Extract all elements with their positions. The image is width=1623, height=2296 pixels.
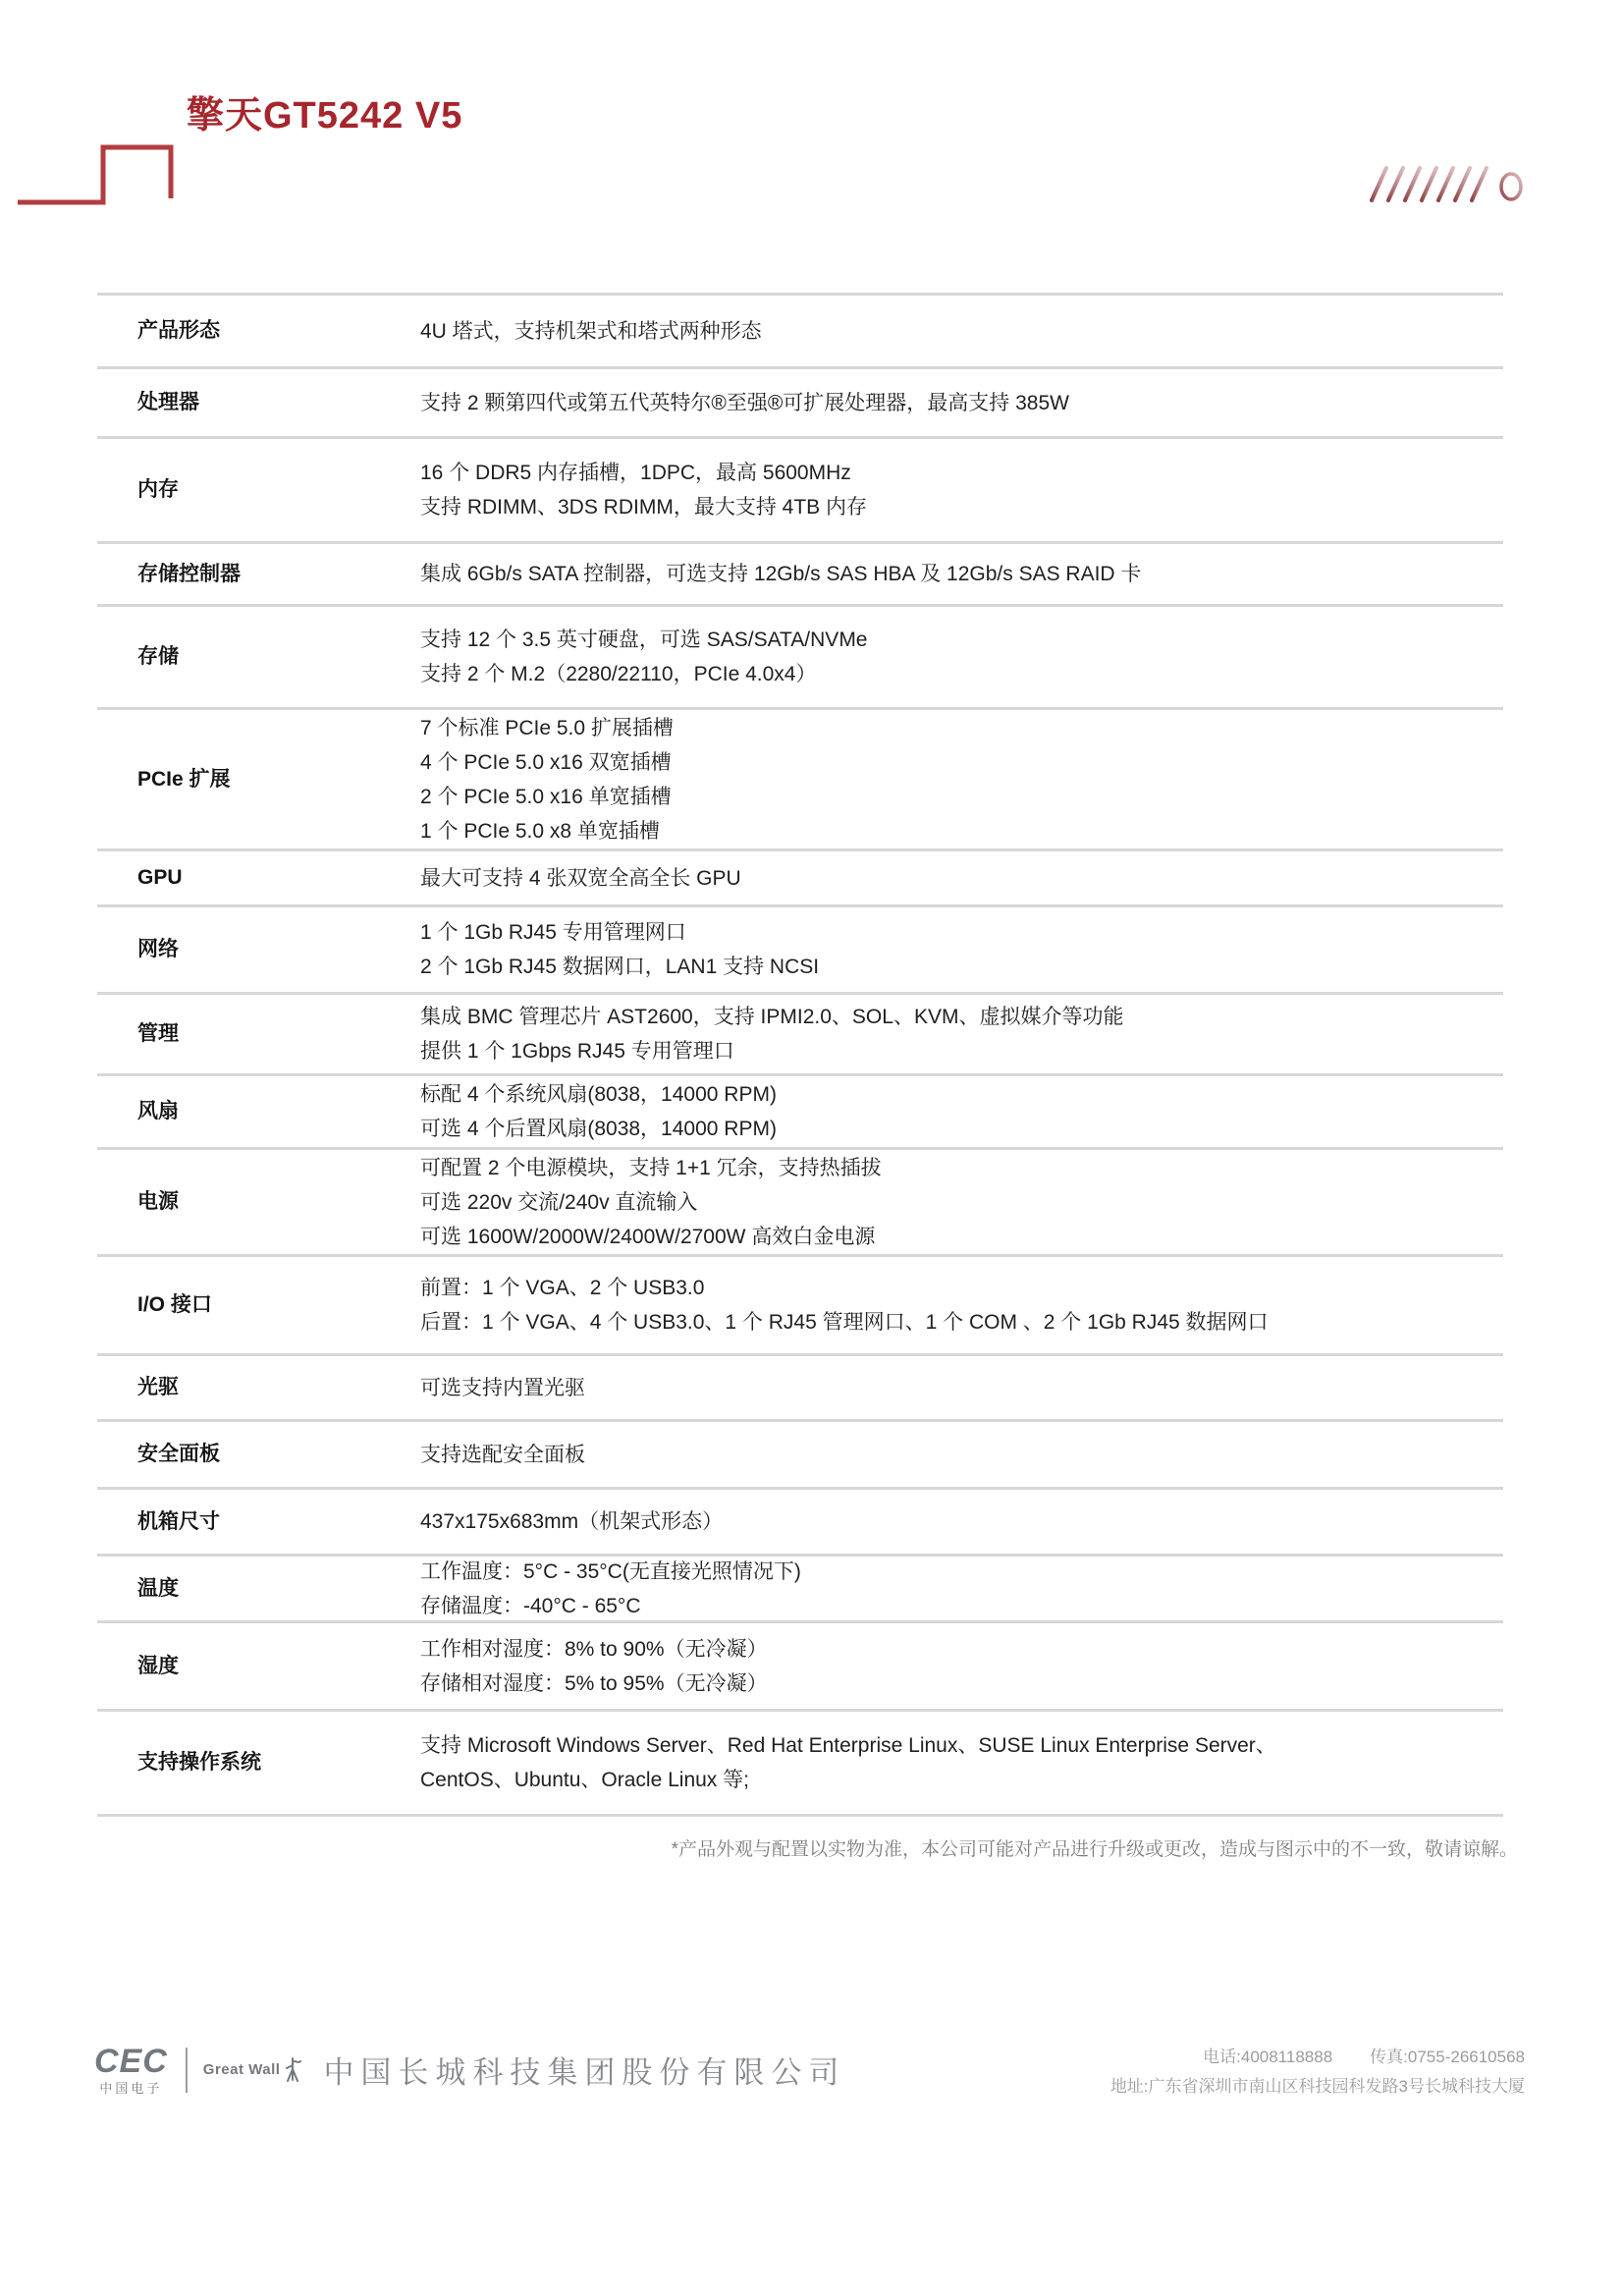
spec-value-line: 支持 Microsoft Windows Server、Red Hat Ente… bbox=[420, 1728, 1480, 1763]
spec-value-line: 工作温度：5°C - 35°C(无直接光照情况下) bbox=[420, 1555, 1480, 1589]
spec-value-line: 2 个 1Gb RJ45 数据网口，LAN1 支持 NCSI bbox=[420, 950, 1480, 984]
spec-label: 存储 bbox=[97, 642, 420, 672]
spec-value: 7 个标准 PCIe 5.0 扩展插槽4 个 PCIe 5.0 x16 双宽插槽… bbox=[420, 711, 1503, 848]
spec-value: 支持 12 个 3.5 英寸硬盘，可选 SAS/SATA/NVMe支持 2 个 … bbox=[420, 623, 1503, 691]
spec-value: 集成 6Gb/s SATA 控制器，可选支持 12Gb/s SAS HBA 及 … bbox=[420, 557, 1503, 591]
fax-number: 传真:0755-26610568 bbox=[1370, 2048, 1525, 2066]
spec-value: 4U 塔式，支持机架式和塔式两种形态 bbox=[420, 314, 1503, 349]
cec-logo-text: CEC bbox=[94, 2045, 168, 2078]
spec-row: 存储支持 12 个 3.5 英寸硬盘，可选 SAS/SATA/NVMe支持 2 … bbox=[97, 604, 1503, 707]
spec-value-line: 最大可支持 4 张双宽全高全长 GPU bbox=[420, 861, 1480, 896]
spec-value-line: 支持 12 个 3.5 英寸硬盘，可选 SAS/SATA/NVMe bbox=[420, 623, 1480, 657]
spec-row: 网络1 个 1Gb RJ45 专用管理网口2 个 1Gb RJ45 数据网口，L… bbox=[97, 904, 1503, 992]
spec-label: 机箱尺寸 bbox=[97, 1507, 420, 1537]
spec-value: 工作相对湿度：8% to 90%（无冷凝）存储相对湿度：5% to 95%（无冷… bbox=[420, 1632, 1503, 1701]
spec-value-line: 集成 6Gb/s SATA 控制器，可选支持 12Gb/s SAS HBA 及 … bbox=[420, 557, 1480, 591]
spec-value-line: 支持 RDIMM、3DS RDIMM，最大支持 4TB 内存 bbox=[420, 490, 1480, 524]
spec-value-line: 后置：1 个 VGA、4 个 USB3.0、1 个 RJ45 管理网口、1 个 … bbox=[420, 1305, 1480, 1339]
brand-divider bbox=[186, 2048, 188, 2093]
spec-value-line: 集成 BMC 管理芯片 AST2600，支持 IPMI2.0、SOL、KVM、虚… bbox=[420, 1000, 1480, 1034]
spec-value-line: 提供 1 个 1Gbps RJ45 专用管理口 bbox=[420, 1034, 1480, 1068]
spec-value-line: 可选 4 个后置风扇(8038，14000 RPM) bbox=[420, 1112, 1480, 1146]
spec-row: GPU最大可支持 4 张双宽全高全长 GPU bbox=[97, 848, 1503, 904]
spec-value-line: 标配 4 个系统风扇(8038，14000 RPM) bbox=[420, 1077, 1480, 1112]
spec-value: 可选支持内置光驱 bbox=[420, 1371, 1503, 1405]
spec-row: 内存16 个 DDR5 内存插槽，1DPC，最高 5600MHz支持 RDIMM… bbox=[97, 436, 1503, 541]
spec-row: 支持操作系统支持 Microsoft Windows Server、Red Ha… bbox=[97, 1709, 1503, 1817]
spec-label: GPU bbox=[97, 863, 420, 893]
spec-value-line: 支持 2 颗第四代或第五代英特尔®至强®可扩展处理器，最高支持 385W bbox=[420, 386, 1480, 420]
contact-info: 电话:4008118888传真:0755-26610568 地址:广东省深圳市南… bbox=[1110, 2043, 1525, 2102]
spec-table: 产品形态4U 塔式，支持机架式和塔式两种形态处理器支持 2 颗第四代或第五代英特… bbox=[97, 293, 1503, 1817]
spec-value: 437x175x683mm（机架式形态） bbox=[420, 1504, 1503, 1539]
spec-row: 管理集成 BMC 管理芯片 AST2600，支持 IPMI2.0、SOL、KVM… bbox=[97, 992, 1503, 1073]
spec-value-line: 7 个标准 PCIe 5.0 扩展插槽 bbox=[420, 711, 1480, 745]
cec-logo: CEC 中国电子 bbox=[94, 2045, 168, 2095]
spec-value-line: 437x175x683mm（机架式形态） bbox=[420, 1504, 1480, 1539]
spec-label: 湿度 bbox=[97, 1652, 420, 1681]
spec-label: 管理 bbox=[97, 1019, 420, 1049]
spec-value-line: 可配置 2 个电源模块，支持 1+1 冗余，支持热插拔 bbox=[420, 1151, 1480, 1185]
spec-label: 内存 bbox=[97, 475, 420, 505]
spec-row: 电源可配置 2 个电源模块，支持 1+1 冗余，支持热插拔可选 220v 交流/… bbox=[97, 1147, 1503, 1254]
spec-label: PCIe 扩展 bbox=[97, 765, 420, 794]
spec-row: 处理器支持 2 颗第四代或第五代英特尔®至强®可扩展处理器，最高支持 385W bbox=[97, 366, 1503, 436]
company-name: 中国长城科技集团股份有限公司 bbox=[323, 2048, 845, 2092]
spec-value: 最大可支持 4 张双宽全高全长 GPU bbox=[420, 861, 1503, 896]
address-line: 地址:广东省深圳市南山区科技园科发路3号长城科技大厦 bbox=[1110, 2072, 1525, 2102]
header-slashes-icon bbox=[1372, 168, 1521, 200]
spec-value: 集成 BMC 管理芯片 AST2600，支持 IPMI2.0、SOL、KVM、虚… bbox=[420, 1000, 1503, 1068]
spec-value-line: 工作相对湿度：8% to 90%（无冷凝） bbox=[420, 1632, 1480, 1667]
header-circle-icon bbox=[1501, 174, 1521, 199]
spec-value-line: 1 个 PCIe 5.0 x8 单宽插槽 bbox=[420, 814, 1480, 848]
spec-value: 支持 2 颗第四代或第五代英特尔®至强®可扩展处理器，最高支持 385W bbox=[420, 386, 1503, 420]
spec-value-line: CentOS、Ubuntu、Oracle Linux 等; bbox=[420, 1763, 1480, 1797]
spec-value-line: 4 个 PCIe 5.0 x16 双宽插槽 bbox=[420, 745, 1480, 780]
greatwall-logo: Great Wall bbox=[203, 2056, 302, 2084]
spec-value: 可配置 2 个电源模块，支持 1+1 冗余，支持热插拔可选 220v 交流/24… bbox=[420, 1151, 1503, 1254]
spec-label: 风扇 bbox=[97, 1097, 420, 1126]
footer-brand: CEC 中国电子 Great Wall 中国长城科技集团股份有限公司 bbox=[94, 2045, 845, 2095]
spec-value-line: 可选支持内置光驱 bbox=[420, 1371, 1480, 1405]
datasheet-page: 擎天GT5242 V5 产品形态4U 塔式，支持机架式和塔式两种形态处理器支持 … bbox=[0, 0, 1623, 2296]
spec-value: 工作温度：5°C - 35°C(无直接光照情况下)存储温度：-40°C - 65… bbox=[420, 1555, 1503, 1623]
spec-value-line: 前置：1 个 VGA、2 个 USB3.0 bbox=[420, 1271, 1480, 1305]
greatwall-mascot-icon bbox=[285, 2056, 301, 2084]
spec-value-line: 支持 2 个 M.2（2280/22110，PCIe 4.0x4） bbox=[420, 657, 1480, 691]
spec-row: 产品形态4U 塔式，支持机架式和塔式两种形态 bbox=[97, 293, 1503, 366]
spec-value-line: 1 个 1Gb RJ45 专用管理网口 bbox=[420, 915, 1480, 950]
contact-phone-fax-line: 电话:4008118888传真:0755-26610568 bbox=[1110, 2043, 1525, 2072]
spec-label: 存储控制器 bbox=[97, 560, 420, 589]
spec-value: 标配 4 个系统风扇(8038，14000 RPM)可选 4 个后置风扇(803… bbox=[420, 1077, 1503, 1146]
spec-row: 光驱可选支持内置光驱 bbox=[97, 1353, 1503, 1419]
spec-value: 支持选配安全面板 bbox=[420, 1438, 1503, 1472]
spec-value-line: 16 个 DDR5 内存插槽，1DPC，最高 5600MHz bbox=[420, 456, 1480, 490]
spec-label: 网络 bbox=[97, 935, 420, 964]
spec-label: 产品形态 bbox=[97, 316, 420, 346]
page-title: 擎天GT5242 V5 bbox=[187, 84, 462, 138]
spec-value-line: 2 个 PCIe 5.0 x16 单宽插槽 bbox=[420, 780, 1480, 814]
header-pulse-line-icon bbox=[18, 147, 1473, 202]
spec-label: 安全面板 bbox=[97, 1440, 420, 1469]
spec-row: 温度工作温度：5°C - 35°C(无直接光照情况下)存储温度：-40°C - … bbox=[97, 1554, 1503, 1620]
spec-label: 处理器 bbox=[97, 388, 420, 417]
spec-value-line: 可选 1600W/2000W/2400W/2700W 高效白金电源 bbox=[420, 1220, 1480, 1254]
cec-logo-subtext: 中国电子 bbox=[99, 2082, 162, 2095]
spec-value: 1 个 1Gb RJ45 专用管理网口2 个 1Gb RJ45 数据网口，LAN… bbox=[420, 915, 1503, 984]
spec-row: 存储控制器集成 6Gb/s SATA 控制器，可选支持 12Gb/s SAS H… bbox=[97, 541, 1503, 604]
spec-value-line: 可选 220v 交流/240v 直流输入 bbox=[420, 1185, 1480, 1220]
spec-value-line: 存储相对湿度：5% to 95%（无冷凝） bbox=[420, 1667, 1480, 1701]
spec-value-line: 支持选配安全面板 bbox=[420, 1438, 1480, 1472]
spec-label: 光驱 bbox=[97, 1373, 420, 1402]
spec-row: 湿度工作相对湿度：8% to 90%（无冷凝）存储相对湿度：5% to 95%（… bbox=[97, 1620, 1503, 1709]
spec-row: 安全面板支持选配安全面板 bbox=[97, 1419, 1503, 1487]
spec-value: 支持 Microsoft Windows Server、Red Hat Ente… bbox=[420, 1728, 1503, 1797]
spec-row: PCIe 扩展7 个标准 PCIe 5.0 扩展插槽4 个 PCIe 5.0 x… bbox=[97, 707, 1503, 848]
spec-row: I/O 接口前置：1 个 VGA、2 个 USB3.0后置：1 个 VGA、4 … bbox=[97, 1254, 1503, 1353]
spec-value: 前置：1 个 VGA、2 个 USB3.0后置：1 个 VGA、4 个 USB3… bbox=[420, 1271, 1503, 1339]
spec-label: 电源 bbox=[97, 1187, 420, 1217]
phone-number: 电话:4008118888 bbox=[1203, 2048, 1332, 2066]
spec-label: I/O 接口 bbox=[97, 1290, 420, 1320]
spec-label: 温度 bbox=[97, 1574, 420, 1604]
spec-row: 风扇标配 4 个系统风扇(8038，14000 RPM)可选 4 个后置风扇(8… bbox=[97, 1073, 1503, 1147]
spec-label: 支持操作系统 bbox=[97, 1748, 420, 1777]
disclaimer-note: *产品外观与配置以实物为准，本公司可能对产品进行升级或更改，造成与图示中的不一致… bbox=[672, 1834, 1518, 1861]
spec-value: 16 个 DDR5 内存插槽，1DPC，最高 5600MHz支持 RDIMM、3… bbox=[420, 456, 1503, 524]
spec-value-line: 4U 塔式，支持机架式和塔式两种形态 bbox=[420, 314, 1480, 349]
greatwall-logo-text: Great Wall bbox=[203, 2061, 281, 2078]
spec-value-line: 存储温度：-40°C - 65°C bbox=[420, 1589, 1480, 1623]
spec-row: 机箱尺寸437x175x683mm（机架式形态） bbox=[97, 1487, 1503, 1554]
